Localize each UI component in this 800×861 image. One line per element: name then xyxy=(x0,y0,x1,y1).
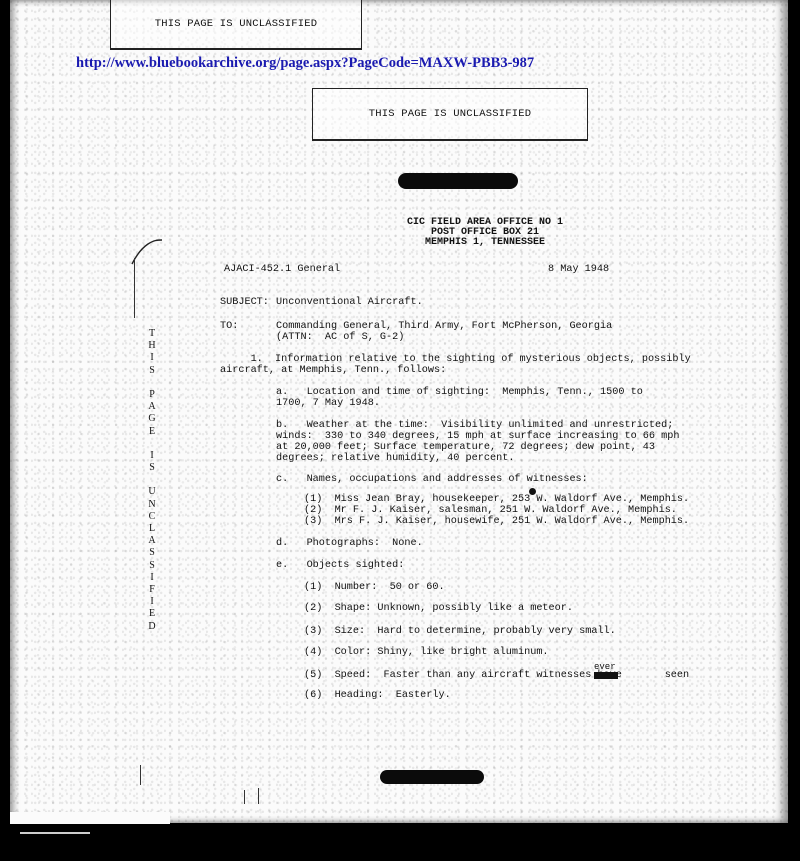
vertical-stamp-letter: F xyxy=(146,584,158,596)
document-date: 8 May 1948 xyxy=(548,264,609,275)
item-b-line-3: at 20,000 feet; Surface temperature, 72 … xyxy=(276,442,655,453)
item-d-line: d. Photographs: None. xyxy=(276,538,423,549)
vertical-stamp-letter: S xyxy=(146,560,158,572)
vertical-stamp-letter: D xyxy=(146,621,158,633)
page-edge xyxy=(10,812,170,824)
item-e-line: e. Objects sighted: xyxy=(276,560,404,571)
scan-artifact xyxy=(20,832,90,834)
vertical-stamp-letter: T xyxy=(146,328,158,340)
file-reference: AJACI-452.1 General xyxy=(224,264,340,275)
vertical-stamp-letter: S xyxy=(146,365,158,377)
scratch-mark xyxy=(244,790,245,804)
vertical-stamp-letter: S xyxy=(146,462,158,474)
stamp-text: THIS PAGE IS UNCLASSIFIED xyxy=(369,108,532,120)
object-number: (1) Number: 50 or 60. xyxy=(304,582,445,593)
object-size: (3) Size: Hard to determine, probably ve… xyxy=(304,626,616,637)
vertical-stamp-letter: E xyxy=(146,426,158,438)
letterhead: CIC FIELD AREA OFFICE NO 1 POST OFFICE B… xyxy=(350,218,620,248)
scratch-mark xyxy=(258,788,259,804)
vertical-stamp-letter: A xyxy=(146,401,158,413)
vertical-stamp-letter: S xyxy=(146,547,158,559)
object-heading: (6) Heading: Easterly. xyxy=(304,690,451,701)
letterhead-city: MEMPHIS 1, TENNESSEE xyxy=(350,238,620,248)
redaction-bar-top xyxy=(398,173,518,189)
margin-line xyxy=(134,258,135,318)
para1-line-1: 1. Information relative to the sighting … xyxy=(220,354,691,365)
vertical-stamp-gap xyxy=(146,377,158,389)
witness-2: (2) Mr F. J. Kaiser, salesman, 251 W. Wa… xyxy=(304,505,677,516)
vertical-stamp-letter: N xyxy=(146,499,158,511)
item-a-line-2: 1700, 7 May 1948. xyxy=(276,398,380,409)
vertical-stamp-letter: I xyxy=(146,352,158,364)
item-b-line-2: winds: 330 to 340 degrees, 15 mph at sur… xyxy=(276,431,680,442)
vertical-unclassified-stamp: THISPAGEISUNCLASSIFIED xyxy=(146,328,158,633)
stamp-text: THIS PAGE IS UNCLASSIFIED xyxy=(155,18,318,30)
vertical-stamp-letter: I xyxy=(146,596,158,608)
witness-1: (1) Miss Jean Bray, housekeeper, 253 W. … xyxy=(304,494,689,505)
redacted-restricted-stamp xyxy=(380,770,484,784)
unclassified-stamp-top: THIS PAGE IS UNCLASSIFIED xyxy=(110,0,362,50)
vertical-stamp-gap xyxy=(146,438,158,450)
vertical-stamp-gap xyxy=(146,474,158,486)
unclassified-stamp-middle: THIS PAGE IS UNCLASSIFIED xyxy=(312,88,588,141)
vertical-stamp-letter: I xyxy=(146,572,158,584)
object-shape: (2) Shape: Unknown, possibly like a mete… xyxy=(304,603,573,614)
para1-line-2: aircraft, at Memphis, Tenn., follows: xyxy=(220,365,446,376)
scratch-mark xyxy=(140,765,141,785)
vertical-stamp-letter: A xyxy=(146,535,158,547)
archive-url-link[interactable]: http://www.bluebookarchive.org/page.aspx… xyxy=(76,55,534,72)
vertical-stamp-letter: L xyxy=(146,523,158,535)
vertical-stamp-letter: I xyxy=(146,450,158,462)
item-c-line: c. Names, occupations and addresses of w… xyxy=(276,474,588,485)
strikeout xyxy=(594,672,618,679)
vertical-stamp-letter: P xyxy=(146,389,158,401)
to-line-2: (ATTN: AC of S, G-2) xyxy=(276,332,404,343)
item-b-line-1: b. Weather at the time: Visibility unlim… xyxy=(276,420,673,431)
object-color: (4) Color: Shiny, like bright aluminum. xyxy=(304,647,549,658)
vertical-stamp-letter: G xyxy=(146,413,158,425)
vertical-stamp-letter: H xyxy=(146,340,158,352)
to-line-1: Commanding General, Third Army, Fort McP… xyxy=(276,321,612,332)
item-a-line-1: a. Location and time of sighting: Memphi… xyxy=(276,387,643,398)
item-b-line-4: degrees; relative humidity, 40 percent. xyxy=(276,453,514,464)
to-label: TO: xyxy=(220,321,238,332)
vertical-stamp-letter: U xyxy=(146,486,158,498)
subject-label: SUBJECT: xyxy=(220,297,269,308)
vertical-stamp-letter: E xyxy=(146,608,158,620)
object-speed: (5) Speed: Faster than any aircraft witn… xyxy=(304,670,689,681)
subject-text: Unconventional Aircraft. xyxy=(276,297,423,308)
vertical-stamp-letter: C xyxy=(146,511,158,523)
witness-3: (3) Mrs F. J. Kaiser, housewife, 251 W. … xyxy=(304,516,689,527)
ink-blot xyxy=(529,488,536,495)
